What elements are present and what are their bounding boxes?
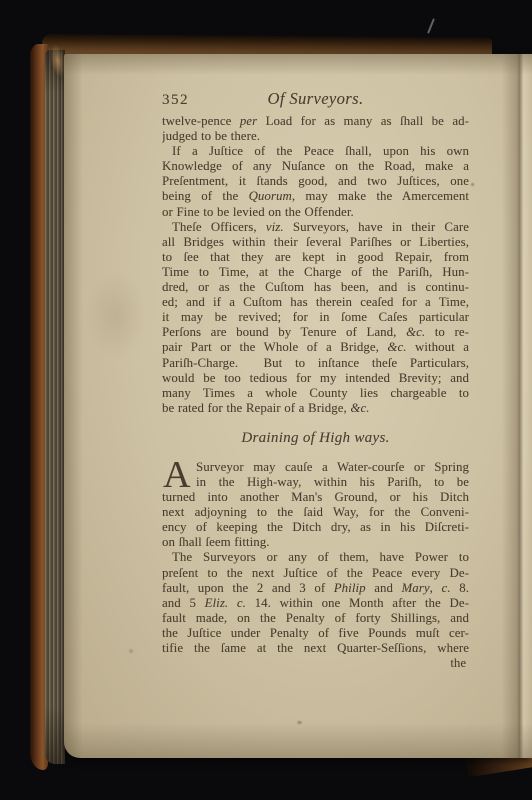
text-line: it may be revived; for in ſome Caſes par…	[162, 310, 469, 325]
text-line: If a Juſtice of the Peace ſhall, upon hi…	[162, 144, 469, 159]
page-block-edges	[45, 50, 65, 764]
text-line: Pariſh-Charge. But to inſtance theſe Par…	[162, 356, 469, 371]
text-line: all Bridges within their ſeveral Pariſhe…	[162, 235, 469, 250]
photo-background: { "page": { "number": "352", "running_ti…	[0, 0, 532, 800]
text-line: The Surveyors or any of them, have Power…	[162, 550, 469, 565]
text-line: in the High-way, within his Pariſh, to b…	[162, 475, 469, 490]
text-line: judged to be there.	[162, 129, 469, 144]
text-line: or Fine to be levied on the Offender.	[162, 205, 469, 220]
paragraph: twelve-pence per Load for as many as ſha…	[162, 114, 469, 144]
running-title: Of Surveyors.	[162, 88, 469, 109]
text-line: pair Part or the Whole of a Bridge, &c. …	[162, 340, 469, 355]
text-line: ency of keeping the Ditch dry, as in his…	[162, 520, 469, 535]
text-line: preſent to the next Juſtice of the Peace…	[162, 566, 469, 581]
text-line: turned into another Man's Ground, or his…	[162, 490, 469, 505]
text-line: being of the Quorum, may make the Amerce…	[162, 189, 469, 204]
text-line: ed; and if a Cuſtom has therein ceaſed f…	[162, 295, 469, 310]
page-number: 352	[162, 92, 189, 109]
text-line: tifie the ſame at the next Quarter-Seſſi…	[162, 641, 469, 656]
section-heading: Draining of High ways.	[162, 429, 469, 448]
lines-container: twelve-pence per Load for as many as ſha…	[162, 114, 469, 656]
text-line: many Times a whole County lies chargeabl…	[162, 386, 469, 401]
text-line: fault, upon the 2 and 3 of Philip and Ma…	[162, 581, 469, 596]
paragraph: ASurveyor may cauſe a Water-courſe or Sp…	[162, 460, 469, 551]
dust-scratch	[427, 18, 435, 34]
paragraph: If a Juſtice of the Peace ſhall, upon hi…	[162, 144, 469, 219]
text-line: Preſentment, it ſtands good, and two Juſ…	[162, 174, 469, 189]
drop-cap: A	[163, 460, 190, 490]
text-line: next adjoyning to the ſaid Way, for the …	[162, 505, 469, 520]
paragraph: Theſe Officers, viz. Surveyors, have in …	[162, 220, 469, 416]
stain	[86, 270, 146, 360]
text-line: Surveyor may cauſe a Water-courſe or Spr…	[162, 460, 469, 475]
page-header: 352 Of Surveyors.	[162, 88, 469, 114]
text-line: Knowledge of any Nuſance on the Road, ma…	[162, 159, 469, 174]
text-line: twelve-pence per Load for as many as ſha…	[162, 114, 469, 129]
text-line: dred, or as the Cuſtom has been, and is …	[162, 280, 469, 295]
text-line: to ſee that they are kept in good Repair…	[162, 250, 469, 265]
text-line: the Juſtice under Penalty of five Pounds…	[162, 626, 469, 641]
text-block: 352 Of Surveyors. twelve-pence per Load …	[162, 88, 469, 671]
text-line: and 5 Eliz. c. 14. within one Month afte…	[162, 596, 469, 611]
text-line: fault made, on the Penalty of forty Shil…	[162, 611, 469, 626]
text-line: would be too tedious for my intended Bre…	[162, 371, 469, 386]
text-line: Theſe Officers, viz. Surveyors, have in …	[162, 220, 469, 235]
text-line: Time to Time, at the Charge of the Pariſ…	[162, 265, 469, 280]
text-line: on ſhall ſeem fitting.	[162, 535, 469, 550]
paragraph: The Surveyors or any of them, have Power…	[162, 550, 469, 656]
catchword: the	[162, 656, 469, 671]
text-line: be rated for the Repair of a Bridge, &c.	[162, 401, 469, 416]
text-line: Perſons are bound by Tenure of Land, &c.…	[162, 325, 469, 340]
